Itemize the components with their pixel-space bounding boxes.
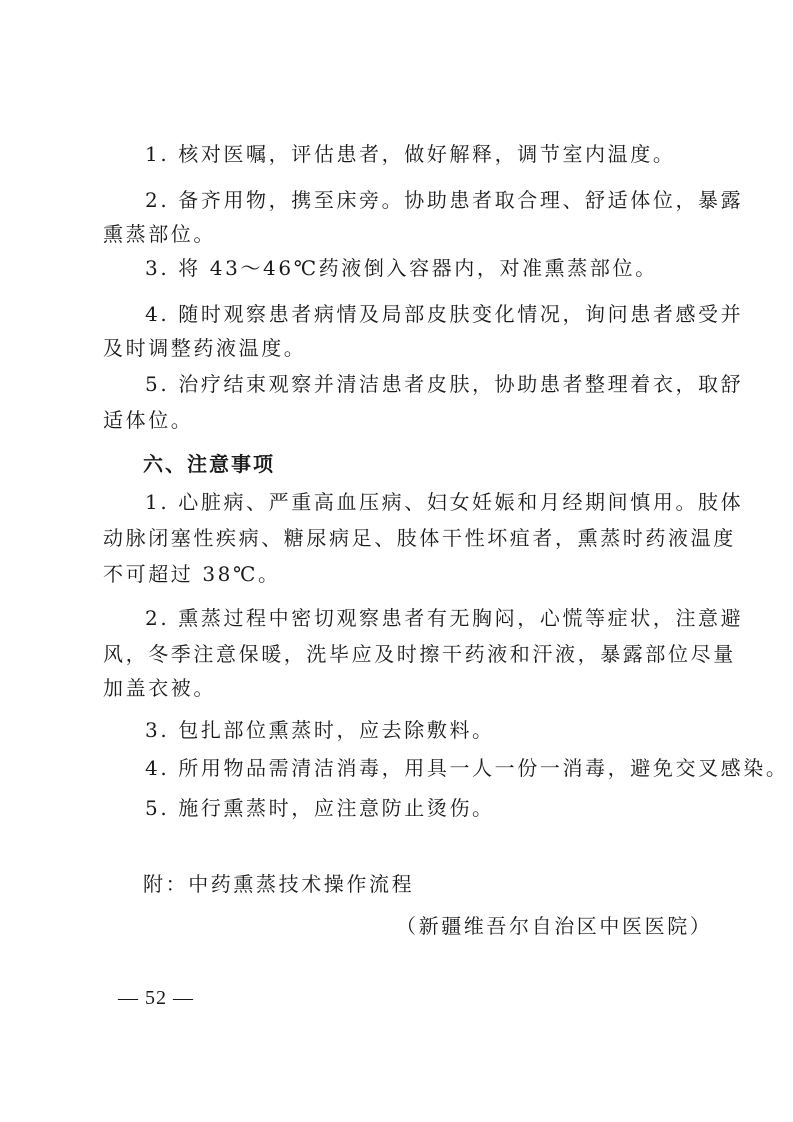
step-2-cont: 熏蒸部位。 xyxy=(103,222,216,246)
precaution-4: 4. 所用物品需清洁消毒，用具一人一份一消毒，避免交叉感染。 xyxy=(145,756,788,780)
precaution-1: 1. 心脏病、严重高血压病、妇女妊娠和月经期间慎用。肢体 xyxy=(145,490,743,514)
page-number: — 52 — xyxy=(118,986,194,1010)
appendix-note: 附：中药熏蒸技术操作流程 xyxy=(143,872,414,896)
step-1: 1. 核对医嘱，评估患者，做好解释，调节室内温度。 xyxy=(145,142,675,166)
precaution-1-cont2: 不可超过 38℃。 xyxy=(103,562,281,586)
source-attribution: （新疆维吾尔自治区中医医院） xyxy=(396,914,712,938)
step-3: 3. 将 43～46℃药液倒入容器内，对准熏蒸部位。 xyxy=(145,256,658,280)
step-4-cont: 及时调整药液温度。 xyxy=(103,336,306,360)
precaution-5: 5. 施行熏蒸时，应注意防止烫伤。 xyxy=(145,796,495,820)
step-5: 5. 治疗结束观察并清洁患者皮肤，协助患者整理着衣，取舒 xyxy=(145,372,743,396)
step-2: 2. 备齐用物，携至床旁。协助患者取合理、舒适体位，暴露 xyxy=(145,188,743,212)
precaution-2-cont: 风，冬季注意保暖，洗毕应及时擦干药液和汗液，暴露部位尽量 xyxy=(103,642,736,666)
step-5-cont: 适体位。 xyxy=(103,408,193,432)
step-4: 4. 随时观察患者病情及局部皮肤变化情况，询问患者感受并 xyxy=(145,302,743,326)
precaution-1-cont: 动脉闭塞性疾病、糖尿病足、肢体干性坏疽者，熏蒸时药液温度 xyxy=(103,526,736,550)
precaution-3: 3. 包扎部位熏蒸时，应去除敷料。 xyxy=(145,718,495,742)
precaution-2: 2. 熏蒸过程中密切观察患者有无胸闷，心慌等症状，注意避 xyxy=(145,606,743,630)
precaution-2-cont2: 加盖衣被。 xyxy=(103,676,216,700)
section-heading-precautions: 六、注意事项 xyxy=(143,452,275,476)
